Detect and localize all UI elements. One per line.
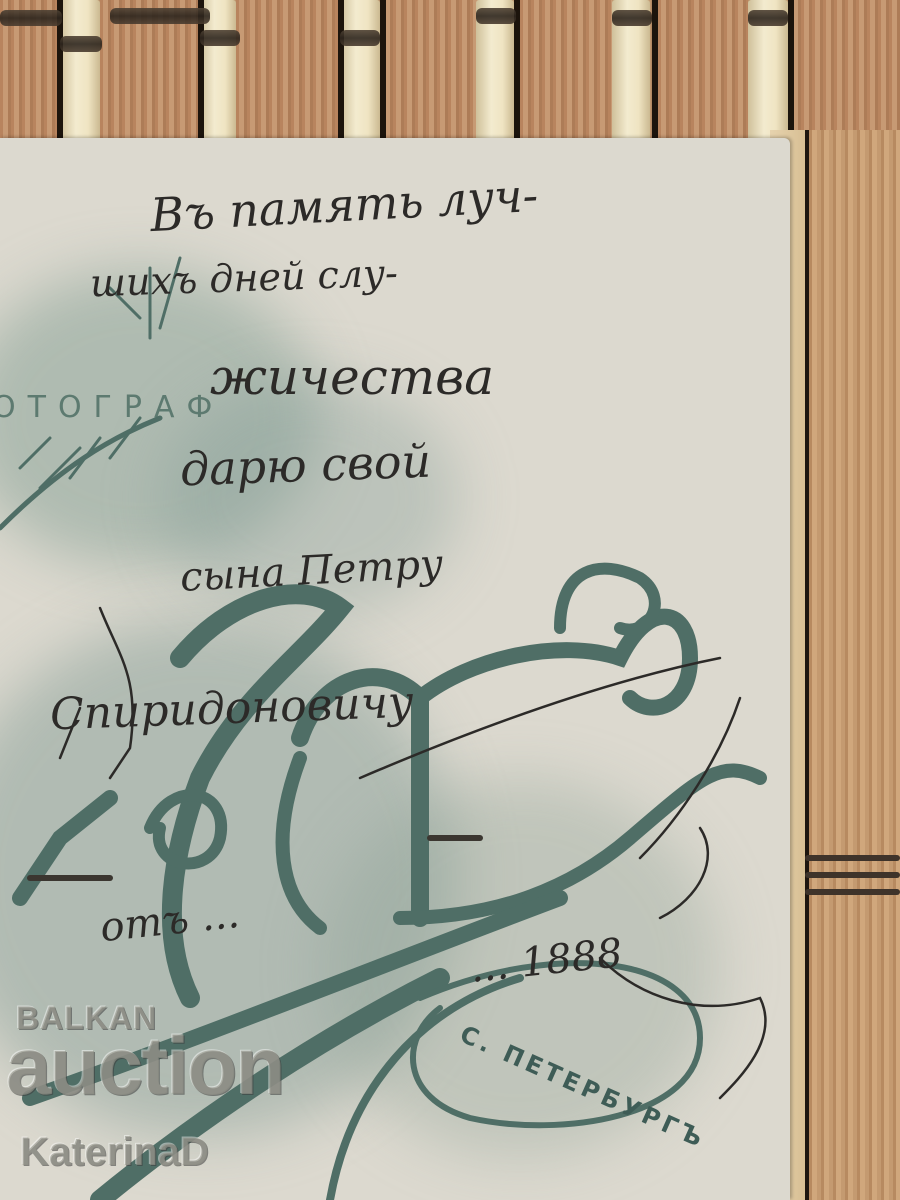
mat-binding-cord (748, 10, 788, 26)
mat-binding-cord (340, 30, 380, 46)
mat-binding-cord (200, 30, 240, 46)
bamboo-slat (60, 0, 100, 150)
mat-binding-cord (805, 889, 900, 895)
slat-gap (652, 0, 658, 140)
bamboo-slat (382, 0, 478, 150)
slat-gap (805, 130, 809, 1200)
bamboo-slat (790, 0, 900, 150)
watermark-author: KaterinaD (20, 1130, 209, 1175)
slat-gap (338, 0, 344, 140)
mat-binding-cord (805, 872, 900, 878)
slat-gap (380, 0, 386, 140)
bamboo-slat (236, 0, 340, 150)
mat-binding-cord (805, 855, 900, 861)
mat-binding-cord (0, 10, 62, 26)
slat-gap (788, 0, 794, 140)
watermark-auction: auction (6, 1020, 284, 1114)
bamboo-slat (658, 0, 748, 150)
bamboo-slat (520, 0, 612, 150)
mat-binding-cord (476, 8, 516, 24)
mat-binding-cord (612, 10, 652, 26)
mat-binding-cord (60, 36, 102, 52)
bamboo-slat (340, 0, 380, 150)
mat-binding-cord (110, 8, 210, 24)
bamboo-slat-right (805, 130, 900, 1200)
